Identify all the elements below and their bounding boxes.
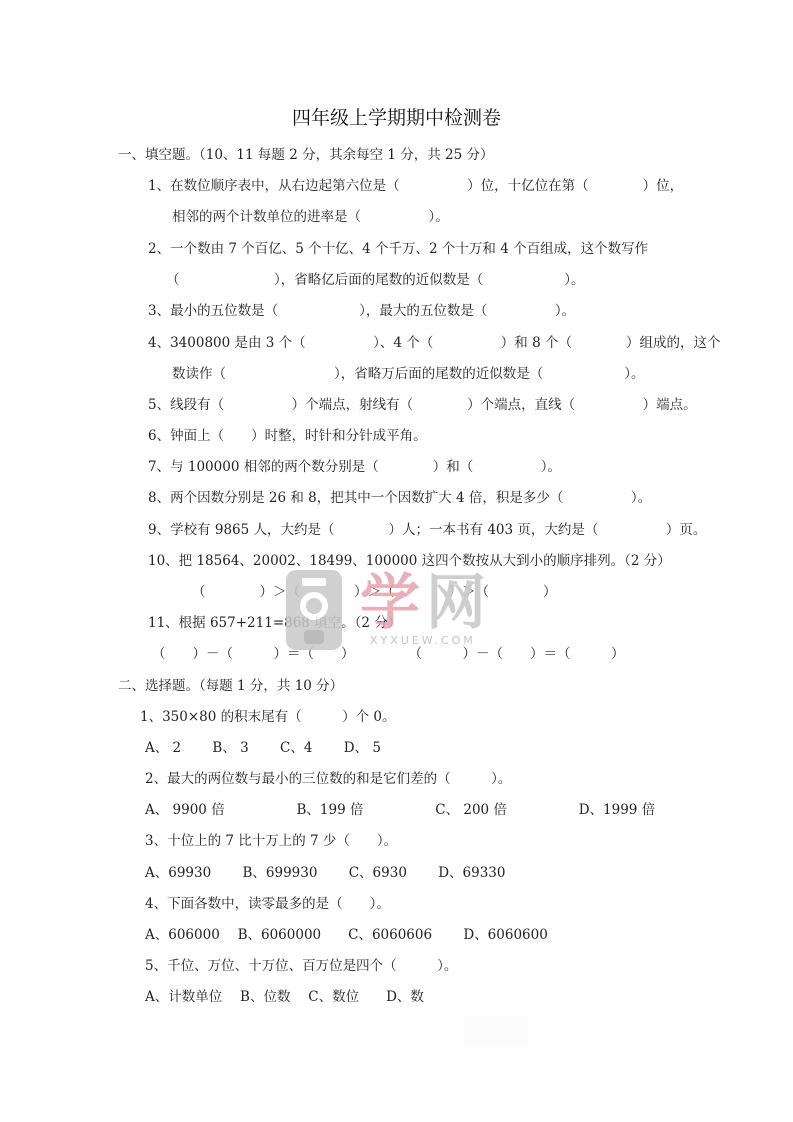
section-heading-multiple-choice: 二、选择题。（每题 1 分，共 10 分） bbox=[118, 677, 343, 695]
question-line: 4、3400800 是由 3 个（ ）、4 个（ ）和 8 个（ ）组成的，这个 bbox=[148, 334, 720, 352]
watermark-text-gray: 网 bbox=[426, 568, 486, 638]
question-line: （ ）－（ ）＝（ ） （ ）－（ ）＝（ ） bbox=[152, 645, 625, 663]
question-line: 2、一个数由 7 个百亿、5 个十亿、4 个千万、2 个十万和 4 个百组成，这… bbox=[148, 240, 648, 258]
question-line: 7、与 100000 相邻的两个数分别是（ ）和（ ）。 bbox=[148, 458, 561, 476]
question-line: 数读作（ ），省略万后面的尾数的近似数是（ ）。 bbox=[172, 365, 645, 383]
section-heading-fill-blank: 一、填空题。（10、11 每题 2 分，其余每空 1 分，共 25 分） bbox=[118, 146, 494, 164]
options-line: A、69930 B、699930 C、6930 D、69330 bbox=[145, 864, 505, 882]
question-line: 1、350×80 的积末尾有（ ）个 0。 bbox=[140, 708, 396, 726]
options-line: A、 9900 倍 B、199 倍 C、 200 倍 D、1999 倍 bbox=[145, 801, 655, 819]
question-line: 6、钟面上（ ）时整，时针和分针成平角。 bbox=[148, 427, 427, 445]
options-line: A、 2 B、 3 C、4 D、 5 bbox=[145, 739, 381, 757]
question-line: 3、十位上的 7 比十万上的 7 少（ ）。 bbox=[145, 832, 397, 850]
question-line: 9、学校有 9865 人，大约是（ ）人；一本书有 403 页，大约是（ ）页。 bbox=[148, 521, 706, 539]
question-line: 5、千位、万位、十万位、百万位是四个（ ）。 bbox=[145, 957, 457, 975]
graduation-logo-icon bbox=[286, 570, 342, 650]
faint-artifact bbox=[464, 1016, 528, 1046]
options-line: A、计数单位 B、位数 C、数位 D、数 bbox=[145, 988, 424, 1006]
question-line: 8、两个因数分别是 26 和 8，把其中一个因数扩大 4 倍，积是多少（ ）。 bbox=[148, 489, 651, 507]
question-line: （ ）＞（ ）＞（ ）＞（ ） bbox=[192, 583, 557, 601]
question-line: 3、最小的五位数是（ ），最大的五位数是（ ）。 bbox=[148, 302, 575, 320]
question-line: 5、线段有（ ）个端点，射线有（ ）个端点，直线（ ）端点。 bbox=[148, 396, 697, 414]
options-line: A、606000 B、6060000 C、6060606 D、6060600 bbox=[145, 926, 548, 944]
question-line: （ ），省略亿后面的尾数的近似数是（ ）。 bbox=[166, 271, 585, 289]
base-shape bbox=[304, 630, 324, 644]
page-title: 四年级上学期期中检测卷 bbox=[0, 106, 793, 130]
question-line: 10、把 18564、20002、18499、100000 这四个数按从大到小的… bbox=[148, 552, 671, 570]
question-line: 4、下面各数中，读零最多的是（ ）。 bbox=[145, 895, 390, 913]
question-line: 相邻的两个计数单位的进率是（ ）。 bbox=[172, 208, 449, 226]
question-line: 11、根据 657+211=868 填空。（2 分） bbox=[148, 614, 401, 632]
question-line: 2、最大的两位数与最小的三位数的和是它们差的（ ）。 bbox=[145, 770, 511, 788]
question-line: 1、在数位顺序表中，从右边起第六位是（ ）位，十亿位在第（ ）位， bbox=[148, 177, 683, 195]
